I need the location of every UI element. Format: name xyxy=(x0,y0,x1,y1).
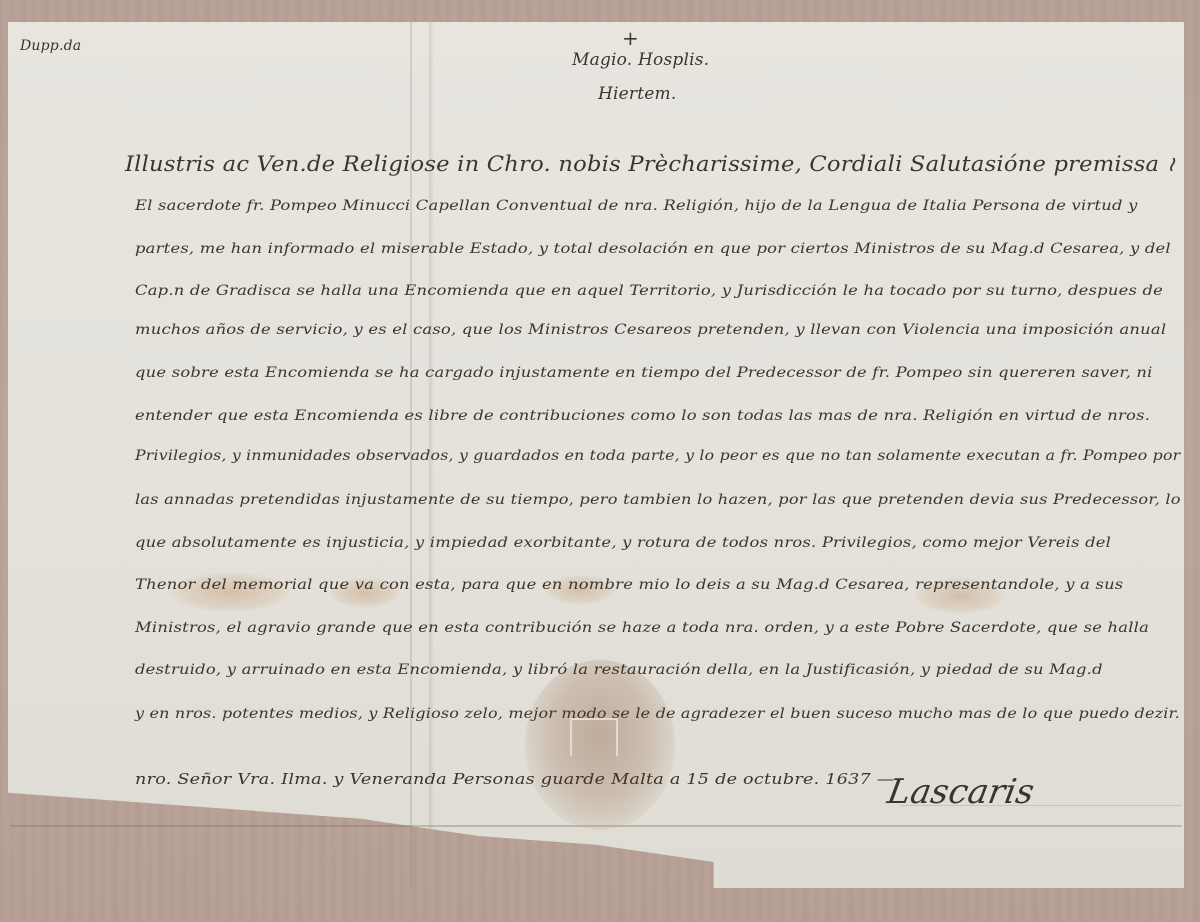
body-line: destruido, y arruinado en esta Encomiend… xyxy=(135,662,1103,678)
body-line: que absolutamente es injusticia, y impie… xyxy=(135,535,1111,551)
body-line: entender que esta Encomienda es libre de… xyxy=(135,408,1150,424)
body-line: las annadas pretendidas injustamente de … xyxy=(135,492,1181,508)
cross-symbol: + xyxy=(622,26,639,50)
body-line: muchos años de servicio, y es el caso, q… xyxy=(135,322,1166,338)
body-line: Cap.n de Gradisca se halla una Encomiend… xyxy=(135,283,1163,299)
body-line: que sobre esta Encomienda se ha cargado … xyxy=(135,365,1153,381)
body-line: partes, me han informado el miserable Es… xyxy=(135,241,1171,257)
body-line: Ministros, el agravio grande que en esta… xyxy=(135,620,1149,636)
body-line: El sacerdote fr. Pompeo Minucci Capellan… xyxy=(135,198,1138,214)
signature: Lascaris xyxy=(884,772,1037,812)
seal-impression-mark xyxy=(570,718,618,756)
body-line: Privilegios, y inmunidades observados, y… xyxy=(135,448,1180,464)
address-line-1: Magio. Hosplis. xyxy=(572,50,709,70)
margin-note: Dupp.da xyxy=(20,38,81,54)
body-line: y en nros. potentes medios, y Religioso … xyxy=(135,706,1180,722)
salutation: Illustris ac Ven.de Religiose in Chro. n… xyxy=(125,152,1175,176)
address-line-2: Hiertem. xyxy=(598,84,676,104)
body-line: Thenor del memorial que va con esta, par… xyxy=(135,577,1123,593)
closing-date-line: nro. Señor Vra. Ilma. y Veneranda Person… xyxy=(135,770,895,788)
